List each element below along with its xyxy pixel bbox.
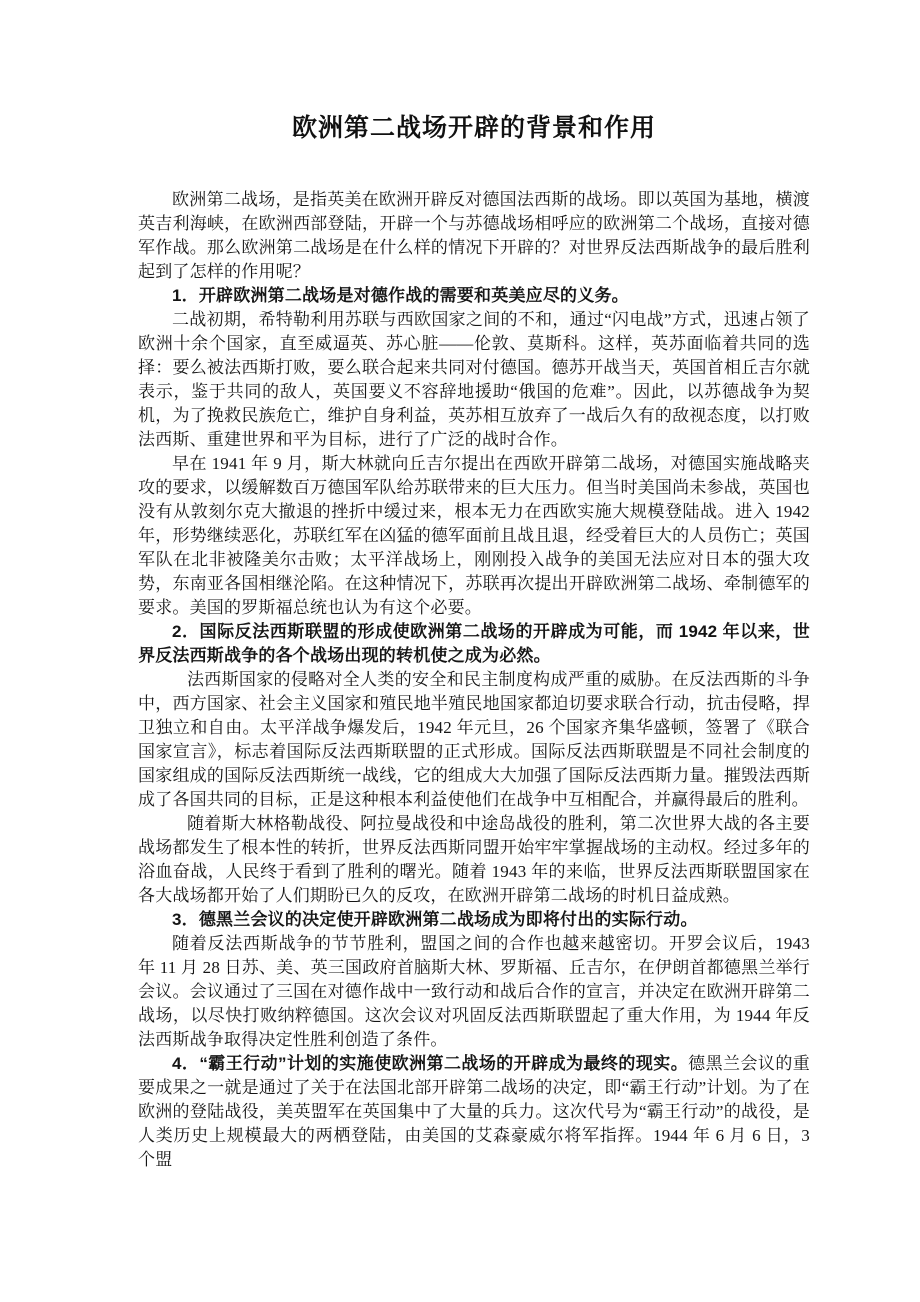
document-page: 欧洲第二战场开辟的背景和作用 欧洲第二战场，是指英美在欧洲开辟反对德国法西斯的战… [0,0,920,1302]
section-1-paragraph-2: 早在 1941 年 9 月，斯大林就向丘吉尔提出在西欧开辟第二战场，对德国实施战… [138,452,810,620]
section-1-paragraph-1: 二战初期，希特勒利用苏联与西欧国家之间的不和，通过“闪电战”方式，迅速占领了欧洲… [138,308,810,452]
document-title: 欧洲第二战场开辟的背景和作用 [138,110,810,146]
section-3-heading: 3．德黑兰会议的决定使开辟欧洲第二战场成为即将付出的实际行动。 [138,908,810,932]
section-4-paragraph: 4．“霸王行动”计划的实施使欧洲第二战场的开辟成为最终的现实。德黑兰会议的重要成… [138,1052,810,1172]
section-2-heading: 2．国际反法西斯联盟的形成使欧洲第二战场的开辟成为可能，而 1942 年以来，世… [138,620,810,668]
document-content: 欧洲第二战场开辟的背景和作用 欧洲第二战场，是指英美在欧洲开辟反对德国法西斯的战… [138,0,810,1172]
section-1-heading: 1．开辟欧洲第二战场是对德作战的需要和英美应尽的义务。 [138,284,810,308]
section-4-heading: 4．“霸王行动”计划的实施使欧洲第二战场的开辟成为最终的现实。 [172,1054,688,1073]
intro-paragraph: 欧洲第二战场，是指英美在欧洲开辟反对德国法西斯的战场。即以英国为基地，横渡英吉利… [138,188,810,284]
section-2-paragraph-2: 随着斯大林格勒战役、阿拉曼战役和中途岛战役的胜利，第二次世界大战的各主要战场都发… [138,812,810,908]
section-3-paragraph-1: 随着反法西斯战争的节节胜利，盟国之间的合作也越来越密切。开罗会议后，1943 年… [138,932,810,1052]
section-2-paragraph-1: 法西斯国家的侵略对全人类的安全和民主制度构成严重的威胁。在反法西斯的斗争中，西方… [138,668,810,812]
